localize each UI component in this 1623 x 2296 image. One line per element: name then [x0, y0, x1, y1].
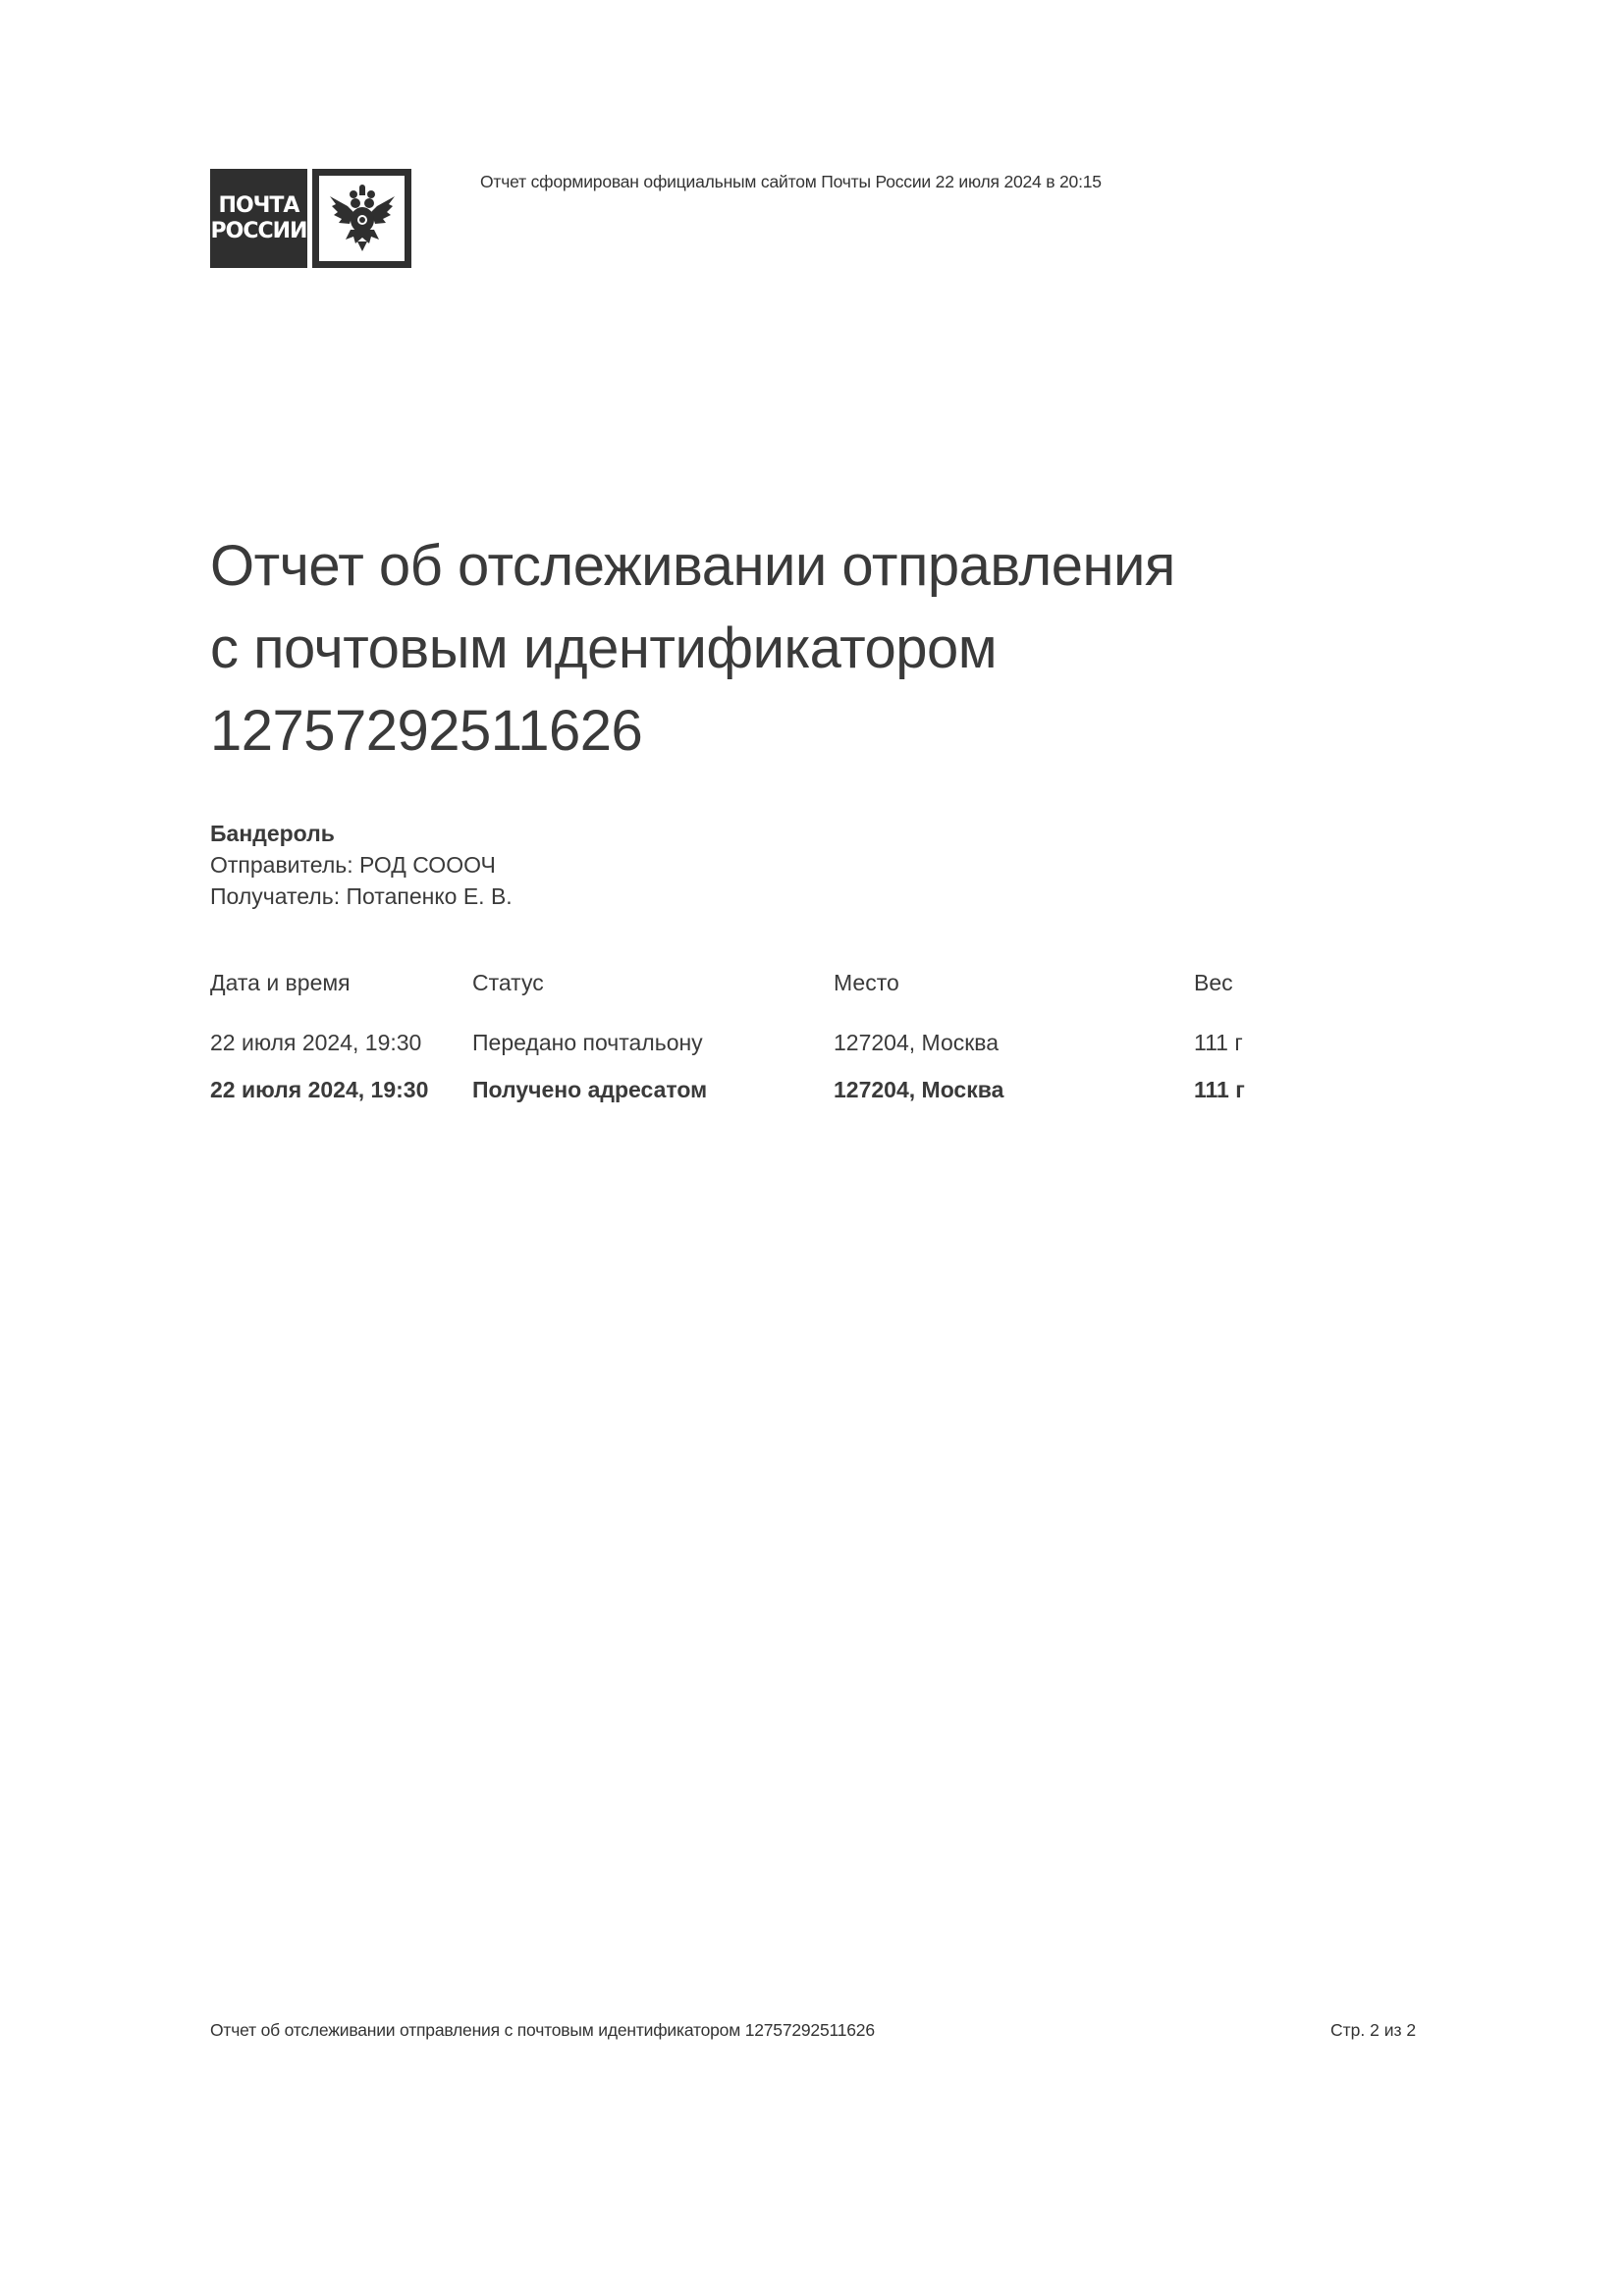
row-place: 127204, Москва	[834, 1030, 999, 1056]
row-status: Получено адресатом	[472, 1077, 707, 1103]
row-datetime: 22 июля 2024, 19:30	[210, 1077, 428, 1103]
column-header-status: Статус	[472, 970, 544, 996]
russian-post-logo: ПОЧТА РОССИИ	[210, 169, 411, 268]
page-number: Стр. 2 из 2	[1330, 2020, 1416, 2041]
shipment-info: Бандероль Отправитель: РОД СОООЧ Получат…	[210, 818, 513, 912]
double-headed-eagle-icon	[326, 183, 399, 255]
title-line-1: Отчет об отслеживании отправления	[210, 525, 1175, 608]
logo-wordmark: ПОЧТА РОССИИ	[210, 169, 307, 268]
page-title: Отчет об отслеживании отправления с почт…	[210, 525, 1175, 773]
logo-line-2: РОССИИ	[211, 219, 307, 244]
column-header-datetime: Дата и время	[210, 970, 351, 996]
report-generated-note: Отчет сформирован официальным сайтом Поч…	[480, 172, 1102, 192]
column-header-weight: Вес	[1194, 970, 1233, 996]
title-line-2: с почтовым идентификатором	[210, 608, 1175, 690]
footer-document-title: Отчет об отслеживании отправления с почт…	[210, 2020, 875, 2041]
row-weight: 111 г	[1194, 1077, 1245, 1103]
logo-emblem	[312, 169, 411, 268]
row-status: Передано почтальону	[472, 1030, 703, 1056]
shipment-type: Бандероль	[210, 818, 513, 849]
column-header-place: Место	[834, 970, 899, 996]
sender: Отправитель: РОД СОООЧ	[210, 849, 513, 881]
row-datetime: 22 июля 2024, 19:30	[210, 1030, 421, 1056]
row-weight: 111 г	[1194, 1030, 1243, 1056]
recipient: Получатель: Потапенко Е. В.	[210, 881, 513, 912]
row-place: 127204, Москва	[834, 1077, 1003, 1103]
tracking-id: 12757292511626	[210, 690, 1175, 773]
logo-line-1: ПОЧТА	[219, 193, 299, 219]
